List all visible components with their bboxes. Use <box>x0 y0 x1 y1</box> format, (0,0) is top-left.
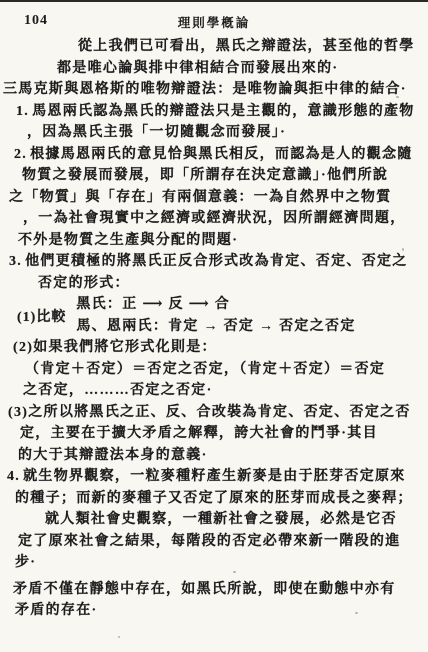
item2-line4: ，一為社會現實中之經濟或經濟狀況，因所謂經濟問題， <box>23 208 428 230</box>
item4-line4: 定了原來社會之結果，每階段的否定必帶來新一階段的進 <box>18 531 428 553</box>
section-heading: 三馬克斯與恩格斯的唯物辯證法：是唯物論與拒中律的結合· <box>3 79 428 101</box>
scan-speck <box>118 636 120 638</box>
paragraph2-line1: 矛盾不僅在靜態中存在，如黑氏所說，即使在動態中亦有 <box>13 579 428 601</box>
item3-text: 他們更積極的將黑氏正反合形式改為肯定、否定、否定之 <box>25 254 408 269</box>
comparison-label: (1)比較 <box>17 306 66 326</box>
comparison-lines: 黑氏：正 ⟶ 反 ⟶ 合 馬、恩兩氏：肯定 → 否定 → 否定之否定 <box>76 294 355 337</box>
item1-line2: ，因為黑氏主張「一切隨觀念而發展」· <box>27 122 428 144</box>
item4-line1: 4.就生物界觀察，一粒麥種籽產生新麥是由于胚芽否定原來 <box>7 466 428 488</box>
sub2-line3: 之否定，………否定之否定· <box>23 380 428 402</box>
sub2-label: (2) <box>13 340 33 355</box>
item3-line2: 否定的形式： <box>38 273 428 295</box>
sub3-line1: (3)之所以將黑氏之正、反、合改裝為肯定、否定、否定之否 <box>8 402 428 424</box>
item2-line2: 物質之發展而發展，即「所謂存在決定意識」·他們所說 <box>22 165 428 187</box>
scan-speck <box>62 318 64 320</box>
scan-edge-line <box>0 0 428 2</box>
page-body: 從上我們已可看出，黑氏之辯證法，甚至他的哲學 都是唯心論與排中律相結合而發展出來… <box>0 36 428 622</box>
scan-speck <box>396 96 399 98</box>
running-header-title: 理則學槪論 <box>0 13 428 31</box>
paragraph1-line2: 都是唯心論與排中律相結合而發展出來的· <box>57 58 428 80</box>
item2-line3: 之「物質」與「存在」有兩個意義：一為自然界中之物質 <box>9 187 428 209</box>
item4-text: 就生物界觀察，一粒麥種籽產生新麥是由于胚芽否定原來 <box>23 469 406 484</box>
item3-number: 3. <box>9 251 22 273</box>
item2-line5: 不外是物質之生產與分配的問題· <box>18 230 428 252</box>
item1-text: 馬恩兩氏認為黑氏的辯證法只是主觀的，意識形態的產物 <box>32 104 415 119</box>
sub2-line1: (2)如果我們將它形式化則是： <box>13 337 428 359</box>
sub3-line3: 的大于其辯證法本身的意義· <box>18 445 428 467</box>
comparison-block: (1)比較 黑氏：正 ⟶ 反 ⟶ 合 馬、恩兩氏：肯定 → 否定 → 否定之否定 <box>17 294 428 337</box>
item1-line1: 1.馬恩兩氏認為黑氏的辯證法只是主觀的，意識形態的產物 <box>16 101 428 123</box>
paragraph1-line1: 從上我們已可看出，黑氏之辯證法，甚至他的哲學 <box>78 36 428 58</box>
sub3-text: 之所以將黑氏之正、反、合改裝為肯定、否定、否定之否 <box>28 405 411 420</box>
item4-line3: 就人類社會史觀察，一種新社會之發展，必然是它否 <box>45 509 428 531</box>
scan-speck <box>402 248 404 251</box>
sub3-label: (3) <box>8 405 28 420</box>
item1-number: 1. <box>16 101 29 123</box>
scan-speck <box>355 612 358 614</box>
marx-formula-line: 馬、恩兩氏：肯定 → 否定 → 否定之否定 <box>76 316 355 338</box>
item2-line1: 2.根據馬恩兩氏的意見恰與黑氏相反，而認為是人的觀念隨 <box>14 144 428 166</box>
sub3-line2: 定，主要在于擴大矛盾之解釋，誇大社會的鬥爭·其目 <box>20 423 428 445</box>
item3-line1: 3.他們更積極的將黑氏正反合形式改為肯定、否定、否定之 <box>9 251 428 273</box>
book-page: 104 理則學槪論 從上我們已可看出，黑氏之辯證法，甚至他的哲學 都是唯心論與排… <box>0 0 428 652</box>
scan-speck <box>233 571 236 573</box>
sub2-text: 如果我們將它形式化則是： <box>33 340 217 355</box>
item4-line2: 的種子；而新的麥種子又否定了原來的胚芽而成長之麥稈； <box>15 488 428 510</box>
paragraph2-line2: 矛盾的存在· <box>15 600 428 622</box>
item4-line5: 步· <box>15 552 428 574</box>
item4-number: 4. <box>7 466 20 488</box>
item2-number: 2. <box>14 144 27 166</box>
item2-text: 根據馬恩兩氏的意見恰與黑氏相反，而認為是人的觀念隨 <box>30 147 413 162</box>
sub2-line2: （肯定＋否定）＝否定之否定，（肯定＋否定）＝否定 <box>25 359 428 381</box>
hegel-formula-line: 黑氏：正 ⟶ 反 ⟶ 合 <box>76 294 355 316</box>
